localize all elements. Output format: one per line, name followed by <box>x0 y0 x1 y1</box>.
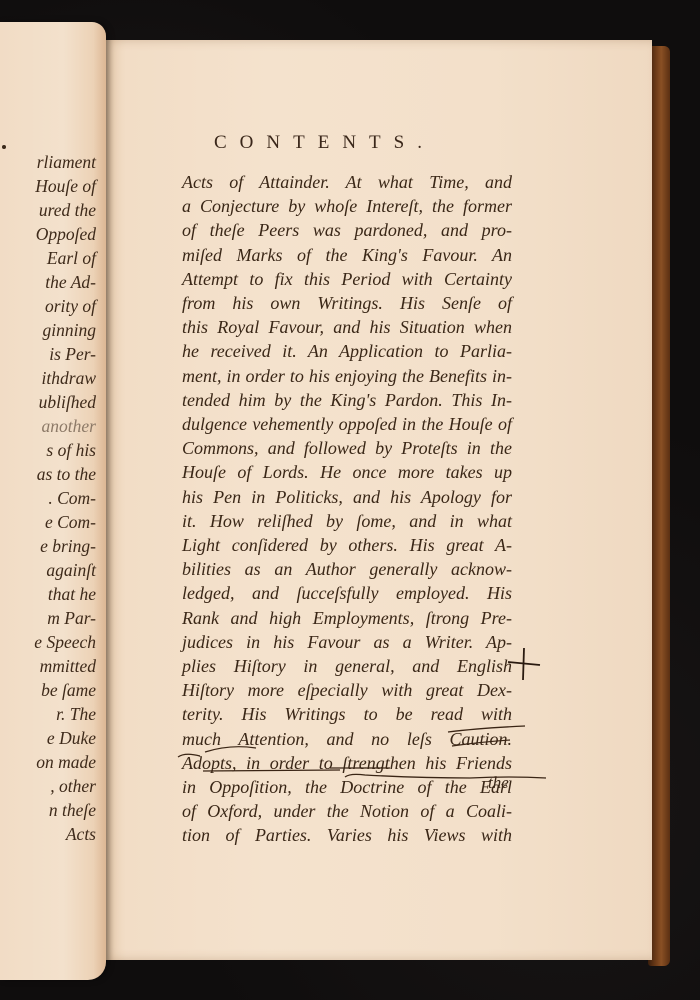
contents-line: Adopts, in order to ſtrengthen his Frien… <box>182 751 512 775</box>
contents-line: Light conſidered by others. His great A- <box>182 533 512 557</box>
contents-text: Acts of Attainder. At what Time, anda Co… <box>182 170 512 848</box>
contents-line: his Pen in Politicks, and his Apology fo… <box>182 485 512 509</box>
contents-line: terity. His Writings to be read with <box>182 702 512 726</box>
left-page-fragment: is Per- <box>49 344 96 365</box>
left-page-fragment: Earl of <box>47 248 96 269</box>
contents-line: Attempt to fix this Period with Certaint… <box>182 267 512 291</box>
contents-line: Hiſtory more eſpecially with great Dex- <box>182 678 512 702</box>
left-page-fragment: be ſame <box>41 680 96 701</box>
left-page-fragment: n theſe <box>49 800 96 821</box>
left-page-fragment: e Speech <box>34 632 96 653</box>
page-heading: CONTENTS. <box>214 132 435 154</box>
left-page-fragment: rliament <box>37 152 96 173</box>
left-page-fragment: s of his <box>46 440 96 461</box>
contents-line: bilities as an Author generally acknow- <box>182 557 512 581</box>
left-page-fragment: Houſe of <box>35 176 96 197</box>
left-page-fragment: againſt <box>46 560 96 581</box>
left-page-fragment: e bring- <box>40 536 96 557</box>
contents-line: Rank and high Employments, ſtrong Pre- <box>182 606 512 630</box>
left-page-fragment: ubliſhed <box>39 392 96 413</box>
contents-line: of Oxford, under the Notion of a Coali- <box>182 799 512 823</box>
contents-line: plies Hiſtory in general, and English <box>182 654 512 678</box>
contents-line: from his own Writings. His Senſe of <box>182 291 512 315</box>
left-page: rliamentHouſe ofured theOppoſedEarl ofth… <box>0 22 106 980</box>
contents-line: tion of Parties. Varies his Views with <box>182 823 512 847</box>
left-page-fragment: that he <box>48 584 96 605</box>
contents-line: dulgence vehemently oppoſed in the Houſe… <box>182 412 512 436</box>
contents-line: Houſe of Lords. He once more takes up <box>182 460 512 484</box>
contents-line: he received it. An Application to Parlia… <box>182 339 512 363</box>
left-page-fragment: , other <box>50 776 96 797</box>
contents-line: a Conjecture by whoſe Intereſt, the form… <box>182 194 512 218</box>
contents-line: Acts of Attainder. At what Time, and <box>182 170 512 194</box>
left-page-fragment: as to the <box>37 464 96 485</box>
contents-line: judices in his Favour as a Writer. Ap- <box>182 630 512 654</box>
left-page-fragment: r. The <box>56 704 96 725</box>
contents-line: ledged, and ſucceſsfully employed. His <box>182 581 512 605</box>
contents-line: much Attention, and no leſs Caution. <box>182 727 512 751</box>
left-page-fragment: ginning <box>43 320 96 341</box>
left-page-fragment: ority of <box>45 296 96 317</box>
contents-line: Commons, and followed by Proteſts in the <box>182 436 512 460</box>
contents-line: tended him by the King's Pardon. This In… <box>182 388 512 412</box>
left-page-fragment: ithdraw <box>42 368 96 389</box>
left-page-mark <box>2 145 6 149</box>
left-page-fragment: Acts <box>66 824 96 845</box>
contents-line: it. How reliſhed by ſome, and in what <box>182 509 512 533</box>
left-page-fragment: another <box>42 416 96 437</box>
left-page-fragment: mmitted <box>40 656 96 677</box>
left-page-fragment: m Par- <box>47 608 96 629</box>
left-page-fragment: e Com- <box>45 512 96 533</box>
contents-line: miſed Marks of the King's Favour. An <box>182 243 512 267</box>
contents-line: in Oppoſition, the Doctrine of the Earl <box>182 775 512 799</box>
contents-line: this Royal Favour, and his Situation whe… <box>182 315 512 339</box>
catchword: the <box>488 773 509 793</box>
left-page-fragment: e Duke <box>47 728 96 749</box>
left-page-fragment: on made <box>36 752 96 773</box>
contents-line: ment, in order to his enjoying the Benef… <box>182 364 512 388</box>
contents-line: of theſe Peers was pardoned, and pro- <box>182 218 512 242</box>
left-page-fragment: . Com- <box>48 488 96 509</box>
left-page-fragment: the Ad- <box>45 272 96 293</box>
left-page-fragment: Oppoſed <box>36 224 96 245</box>
left-page-fragment: ured the <box>39 200 96 221</box>
